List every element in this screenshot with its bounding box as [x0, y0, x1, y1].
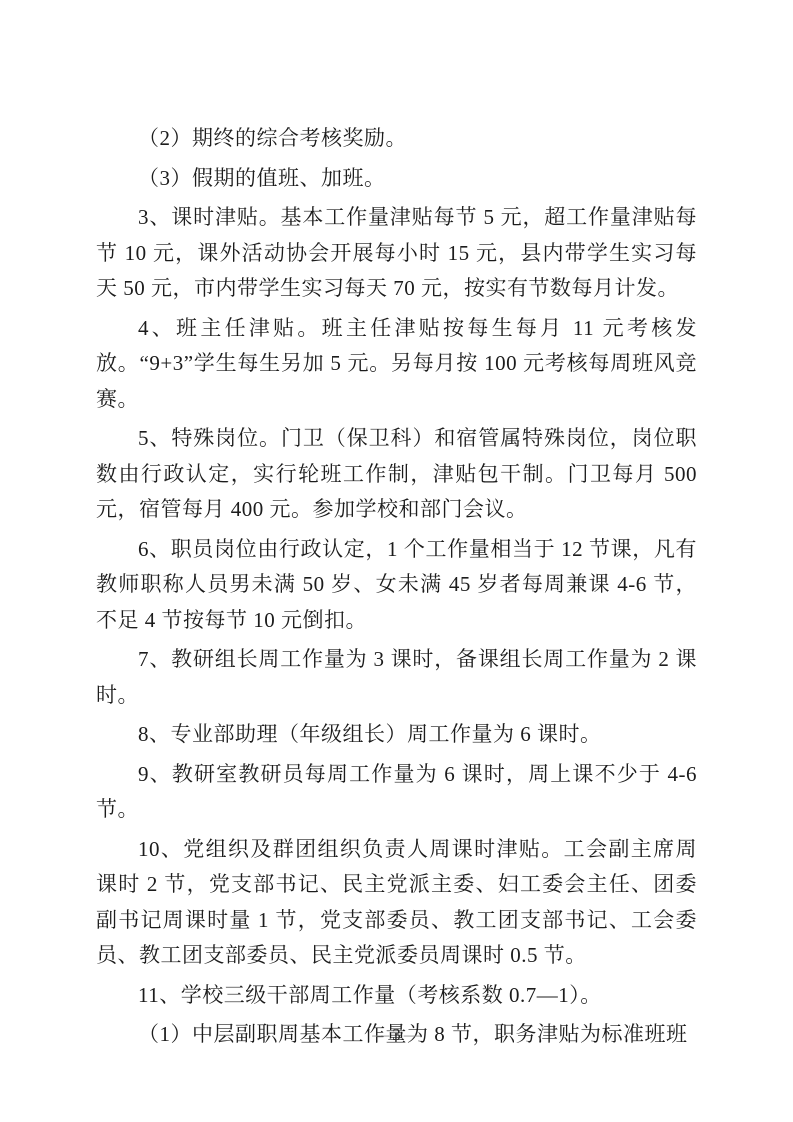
- page-footer: —3—: [0, 1024, 793, 1046]
- document-body: （2）期终的综合考核奖励。 （3）假期的值班、加班。 3、课时津贴。基本工作量津…: [96, 121, 697, 1053]
- document-paragraph: 8、专业部助理（年级组长）周工作量为 6 课时。: [96, 717, 697, 753]
- footer-left-dash: —: [369, 1025, 392, 1044]
- document-paragraph: 3、课时津贴。基本工作量津贴每节 5 元，超工作量津贴每节 10 元，课外活动协…: [96, 200, 697, 307]
- document-paragraph: 11、学校三级干部周工作量（考核系数 0.7—1）。: [96, 978, 697, 1014]
- footer-right-dash: —: [401, 1025, 424, 1044]
- document-paragraph: 5、特殊岗位。门卫（保卫科）和宿管属特殊岗位，岗位职数由行政认定，实行轮班工作制…: [96, 421, 697, 528]
- document-paragraph: 9、教研室教研员每周工作量为 6 课时，周上课不少于 4-6 节。: [96, 757, 697, 828]
- document-paragraph: （3）假期的值班、加班。: [96, 161, 697, 197]
- document-paragraph: 6、职员岗位由行政认定，1 个工作量相当于 12 节课，凡有教师职称人员男未满 …: [96, 532, 697, 639]
- document-page: （2）期终的综合考核奖励。 （3）假期的值班、加班。 3、课时津贴。基本工作量津…: [0, 0, 793, 1122]
- page-number: 3: [392, 1025, 401, 1044]
- document-paragraph: （2）期终的综合考核奖励。: [96, 121, 697, 157]
- document-paragraph: 10、党组织及群团组织负责人周课时津贴。工会副主席周课时 2 节，党支部书记、民…: [96, 832, 697, 974]
- document-paragraph: 7、教研组长周工作量为 3 课时，备课组长周工作量为 2 课时。: [96, 642, 697, 713]
- document-paragraph: 4、班主任津贴。班主任津贴按每生每月 11 元考核发放。“9+3”学生每生另加 …: [96, 311, 697, 418]
